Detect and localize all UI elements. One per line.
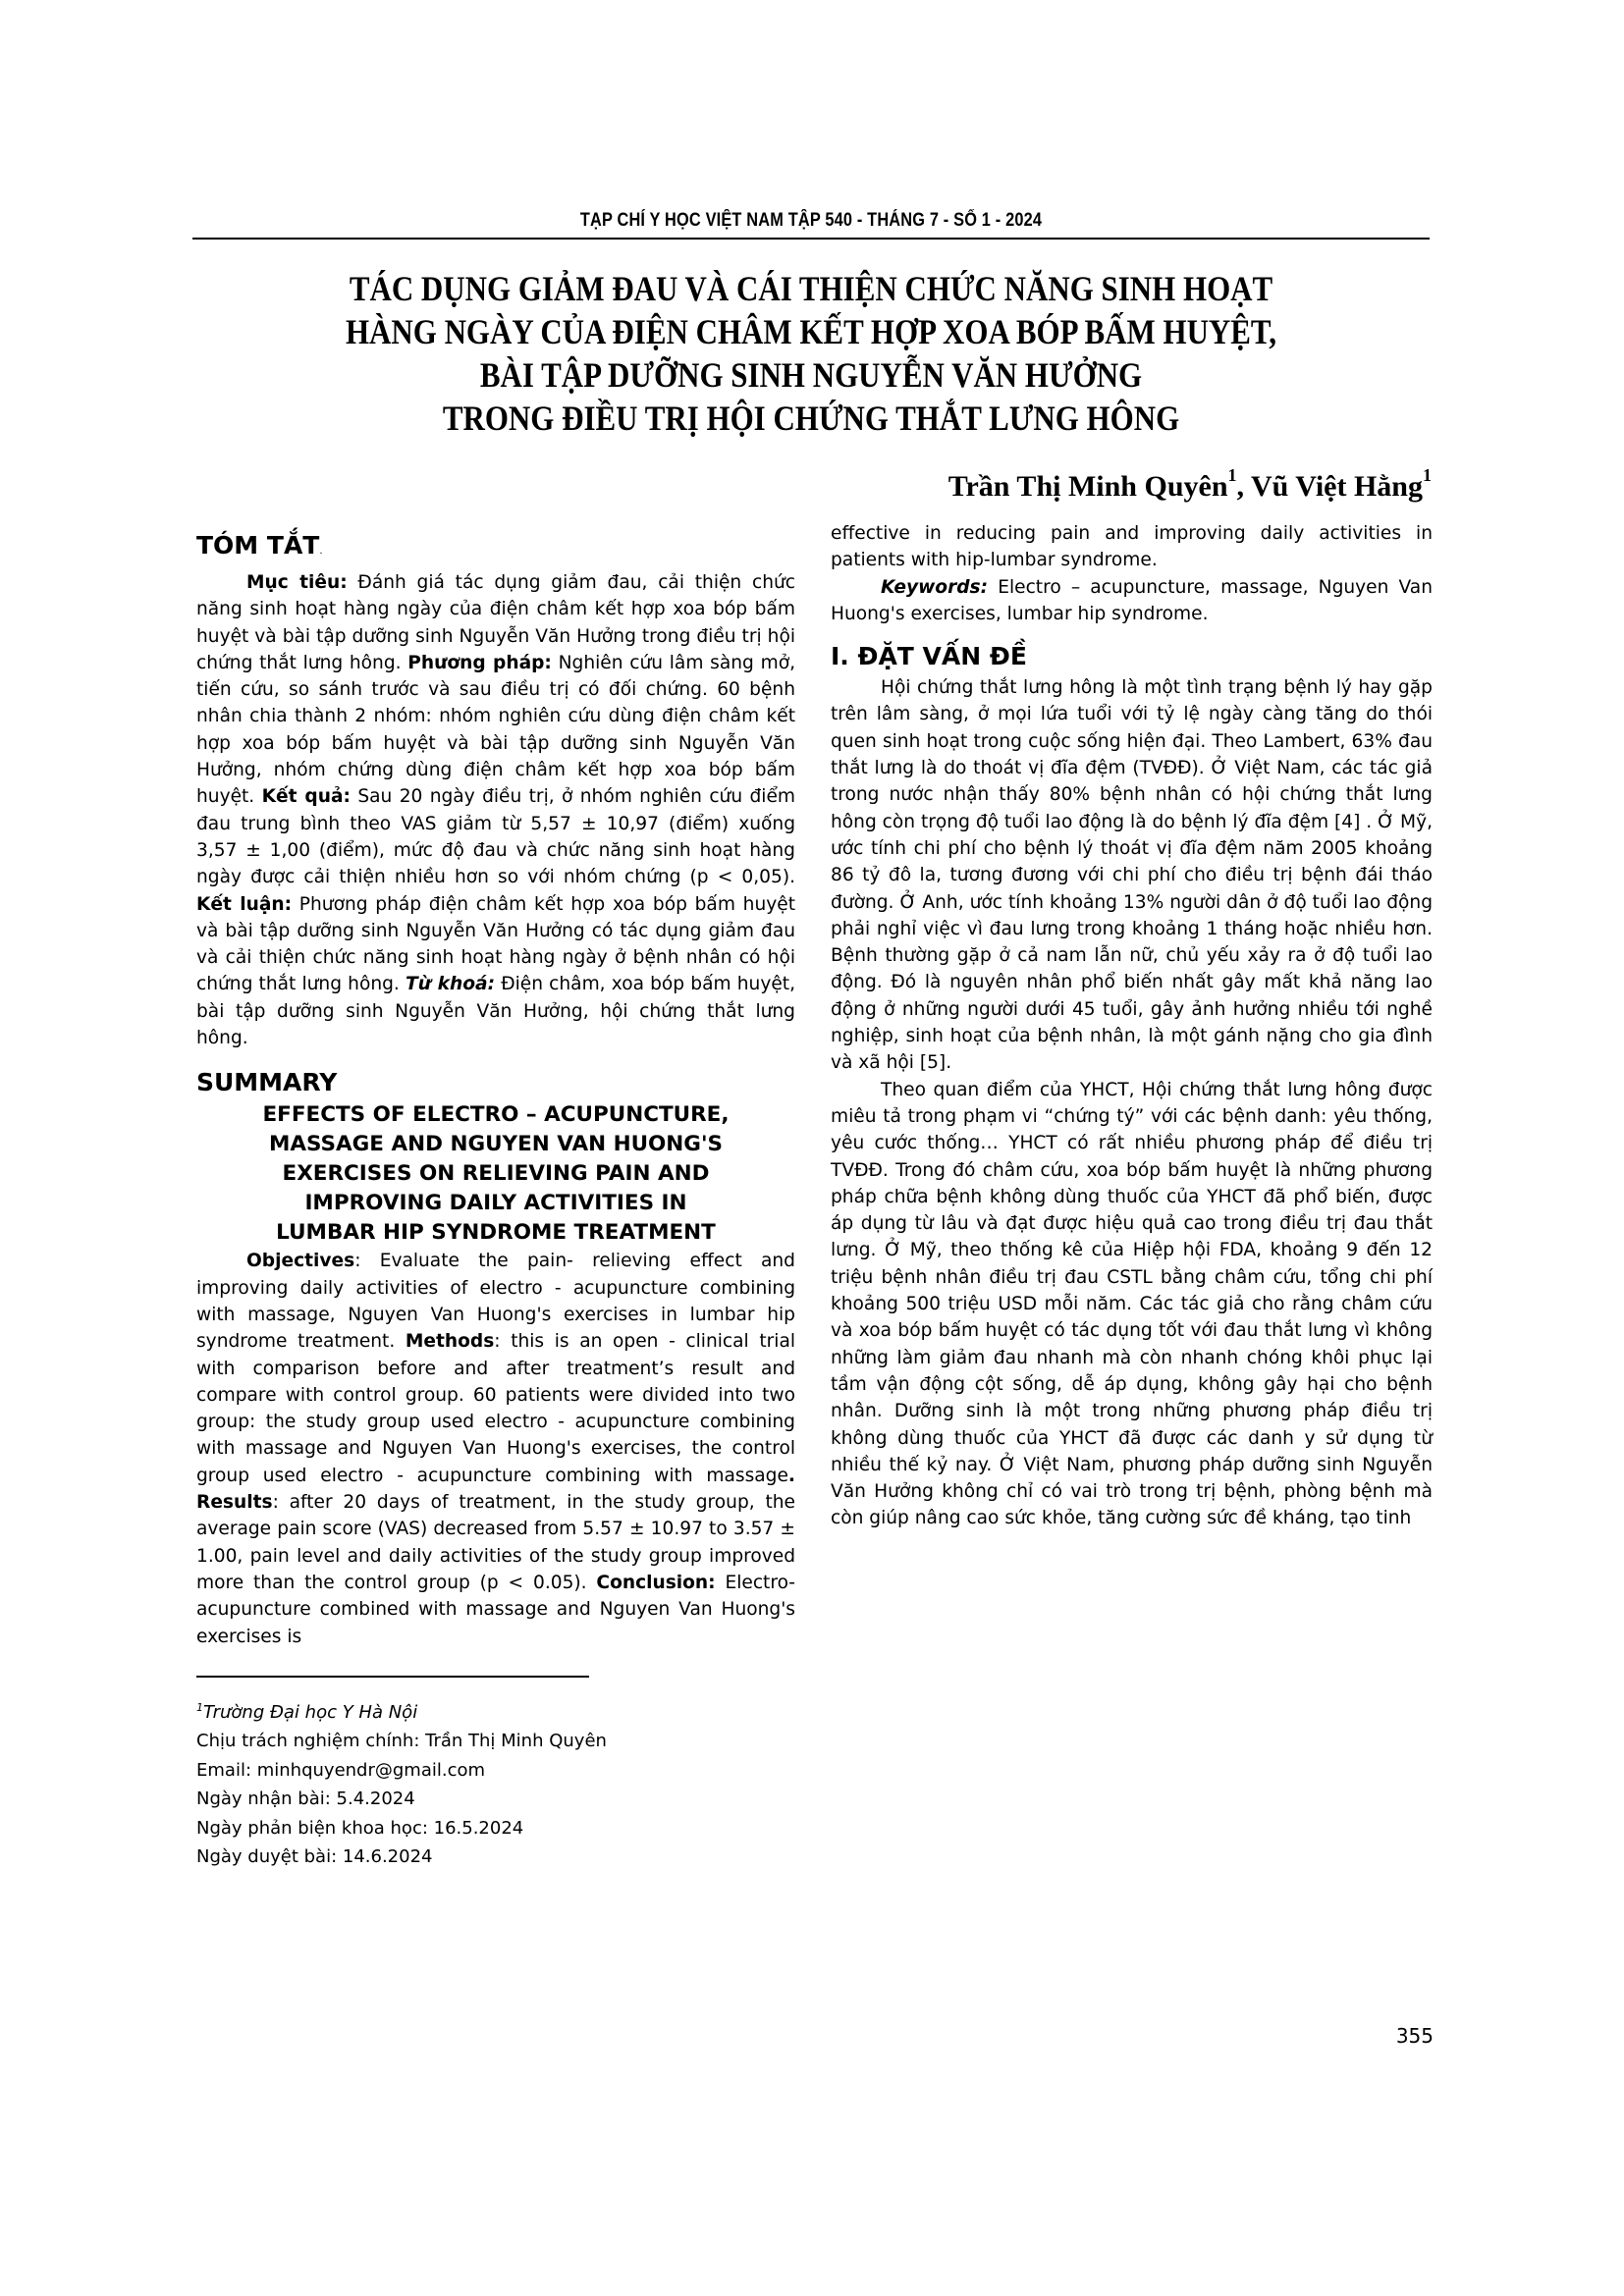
footnote-affiliation: 1Trường Đại học Y Hà Nội	[196, 1693, 795, 1728]
keywords-label: Từ khoá:	[406, 974, 495, 994]
author-list: Trần Thị Minh Quyên1, Vũ Việt Hằng1	[948, 469, 1432, 504]
english-title-line: EFFECTS OF ELECTRO – ACUPUNCTURE,	[208, 1100, 784, 1130]
english-title: EFFECTS OF ELECTRO – ACUPUNCTURE, MASSAG…	[196, 1100, 795, 1248]
introduction-paragraph: Theo quan điểm của YHCT, Hội chứng thắt …	[831, 1077, 1433, 1532]
affiliation-mark: 1	[1228, 465, 1237, 485]
title-line: TÁC DỤNG GIẢM ĐAU VÀ CÁI THIỆN CHỨC NĂNG…	[279, 267, 1343, 310]
objectives-label: Objectives	[246, 1251, 354, 1271]
introduction-paragraph: Hội chứng thắt lưng hông là một tình trạ…	[831, 674, 1433, 1076]
abstract-en-continuation: effective in reducing pain and improving…	[831, 520, 1433, 574]
objective-label: Mục tiêu:	[246, 572, 348, 593]
author-name: Vũ Việt Hằng	[1251, 470, 1423, 503]
footnote-email: Email: minhquyendr@gmail.com	[196, 1756, 795, 1786]
english-title-line: LUMBAR HIP SYNDROME TREATMENT	[208, 1218, 784, 1248]
keywords-en: Keywords: Electro – acupuncture, massage…	[831, 574, 1433, 628]
article-title: TÁC DỤNG GIẢM ĐAU VÀ CÁI THIỆN CHỨC NĂNG…	[192, 267, 1430, 440]
english-title-line: EXERCISES ON RELIEVING PAIN AND	[208, 1159, 784, 1189]
footnote-received-date: Ngày nhận bài: 5.4.2024	[196, 1785, 795, 1814]
author-name: Trần Thị Minh Quyên	[948, 470, 1228, 503]
author-separator: ,	[1237, 470, 1251, 503]
english-title-line: IMPROVING DAILY ACTIVITIES IN	[208, 1189, 784, 1218]
conclusion-en-label: Conclusion:	[596, 1573, 715, 1593]
abstract-vi-body: Mục tiêu: Đánh giá tác dụng giảm đau, cả…	[196, 569, 795, 1051]
abstract-en-body: Objectives: Evaluate the pain- relieving…	[196, 1248, 795, 1649]
conclusion-label: Kết luận:	[196, 894, 292, 915]
summary-heading: SUMMARY	[196, 1067, 795, 1098]
abstract-vi-heading: TÓM TẮT.	[196, 530, 795, 567]
footnote-review-date: Ngày phản biện khoa học: 16.5.2024	[196, 1814, 795, 1843]
affiliation-mark: 1	[1423, 465, 1432, 485]
header-rule	[192, 238, 1430, 240]
page-number: 355	[1355, 2024, 1434, 2048]
introduction-heading: I. ĐẶT VẤN ĐỀ	[831, 641, 1433, 672]
methods-label: Methods	[406, 1331, 494, 1352]
title-line: HÀNG NGÀY CỦA ĐIỆN CHÂM KẾT HỢP XOA BÓP …	[279, 310, 1343, 353]
result-label: Kết quả:	[262, 786, 351, 807]
journal-header: TẠP CHÍ Y HỌC VIỆT NAM TẬP 540 - THÁNG 7…	[279, 210, 1343, 232]
left-column: TÓM TẮT. Mục tiêu: Đánh giá tác dụng giả…	[196, 520, 795, 1872]
keywords-en-label: Keywords:	[881, 577, 988, 598]
footnote-accepted-date: Ngày duyệt bài: 14.6.2024	[196, 1842, 795, 1872]
method-label: Phương pháp:	[407, 653, 552, 673]
title-line: BÀI TẬP DƯỠNG SINH NGUYỄN VĂN HƯỞNG	[279, 353, 1343, 397]
title-line: TRONG ĐIỀU TRỊ HỘI CHỨNG THẮT LƯNG HÔNG	[279, 397, 1343, 440]
footnote-rule	[196, 1676, 589, 1678]
right-column: effective in reducing pain and improving…	[831, 520, 1433, 1532]
footnote-corresponding-author: Chịu trách nghiệm chính: Trần Thị Minh Q…	[196, 1727, 795, 1756]
english-title-line: MASSAGE AND NGUYEN VAN HUONG'S	[208, 1130, 784, 1159]
